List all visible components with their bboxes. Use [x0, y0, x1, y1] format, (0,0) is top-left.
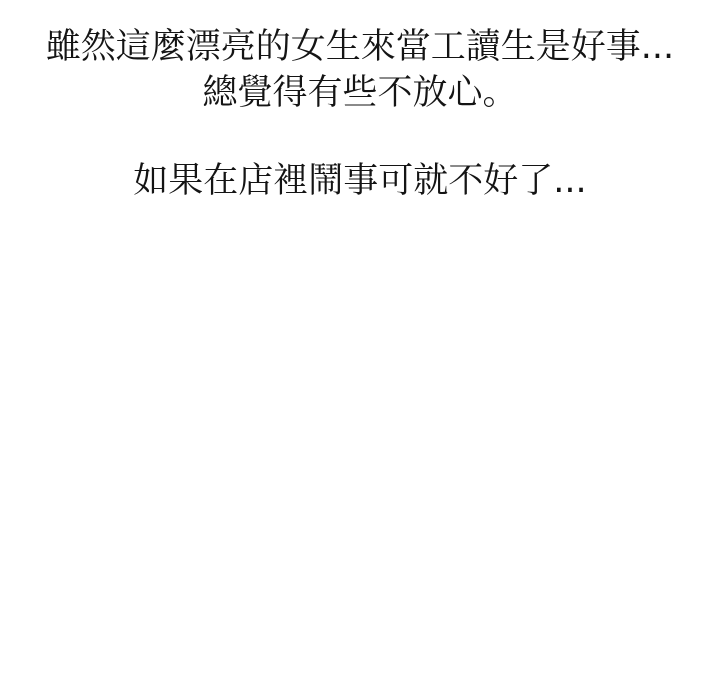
narration-line-3: 如果在店裡鬧事可就不好了... — [0, 158, 720, 204]
narration-line-2: 總覺得有些不放心。 — [0, 70, 720, 116]
narration-paragraph-2: 如果在店裡鬧事可就不好了... — [0, 158, 720, 204]
narration-paragraph-1: 雖然這麼漂亮的女生來當工讀生是好事... 總覺得有些不放心。 — [0, 24, 720, 116]
narration-line-1: 雖然這麼漂亮的女生來當工讀生是好事... — [0, 24, 720, 70]
comic-text-page: 雖然這麼漂亮的女生來當工讀生是好事... 總覺得有些不放心。 如果在店裡鬧事可就… — [0, 0, 720, 700]
